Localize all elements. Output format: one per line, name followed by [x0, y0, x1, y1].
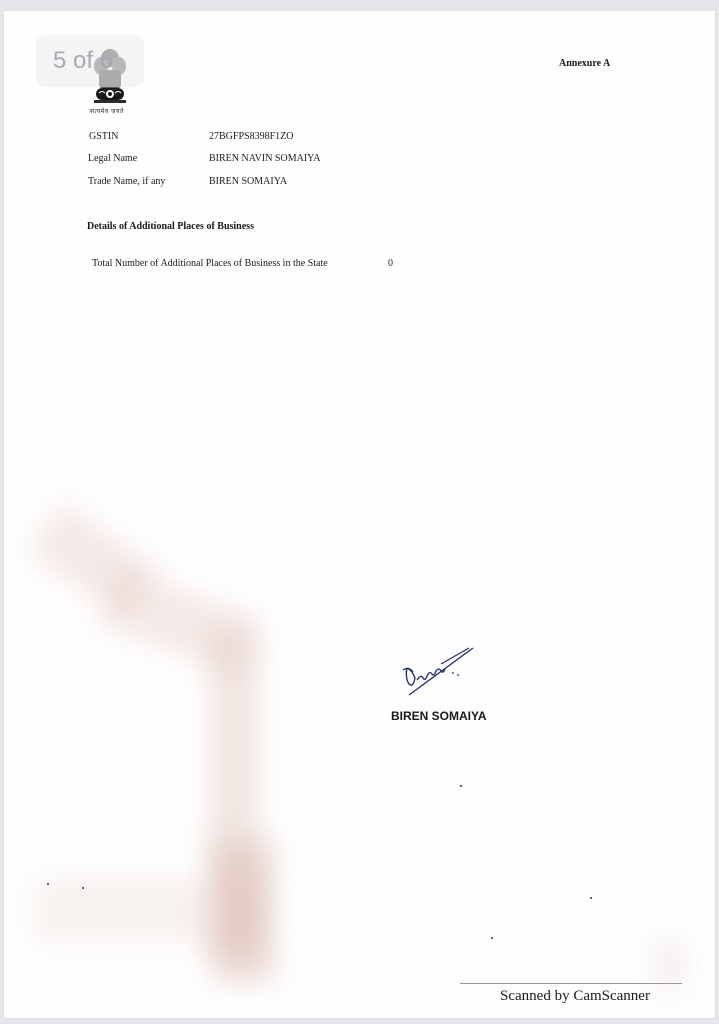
gstin-label: GSTIN [89, 131, 118, 142]
emblem-caption: सत्यमेव जयते [90, 107, 124, 115]
scan-speck [491, 937, 493, 939]
camscanner-watermark: Scanned by CamScanner [500, 988, 650, 1005]
scan-speck [460, 785, 462, 787]
trade-name-value: BIREN SOMAIYA [209, 176, 287, 187]
signatory-name: BIREN SOMAIYA [391, 709, 487, 723]
paper-stain [214, 841, 274, 981]
scan-speck [47, 883, 49, 885]
page-indicator: 5 of 6 [36, 35, 144, 87]
paper-stain [28, 502, 161, 620]
section-title: Details of Additional Places of Business [87, 221, 254, 232]
legal-name-label: Legal Name [88, 153, 137, 164]
bottom-rule [460, 983, 682, 984]
paper-stain [209, 631, 259, 961]
scan-speck [82, 887, 84, 889]
scan-speck [590, 897, 592, 899]
signature-icon [393, 640, 483, 700]
gstin-value: 27BGFPS8398F1ZO [209, 131, 293, 142]
total-places-value: 0 [388, 258, 393, 269]
legal-name-value: BIREN NAVIN SOMAIYA [209, 153, 321, 164]
total-places-label: Total Number of Additional Places of Bus… [92, 258, 328, 269]
paper-stain [98, 567, 259, 675]
paper-stain [34, 881, 264, 941]
annexure-label: Annexure A [559, 58, 610, 69]
trade-name-label: Trade Name, if any [88, 176, 165, 187]
